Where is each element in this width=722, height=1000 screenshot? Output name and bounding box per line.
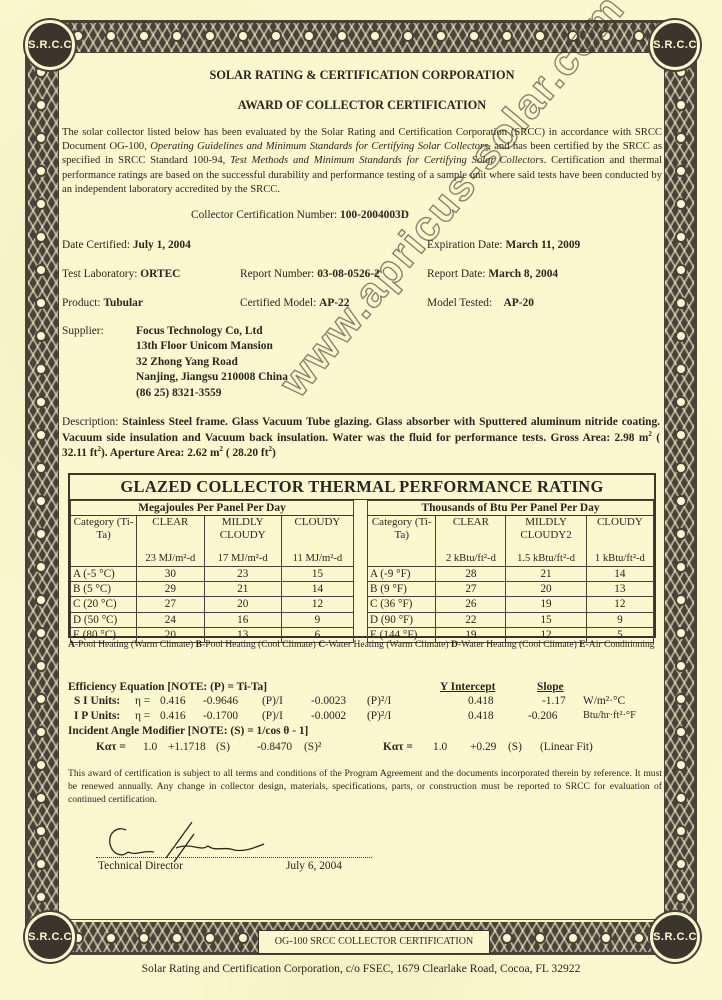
col-header: MILDLY CLOUDY21.5 kBtu/ft²-d <box>506 516 586 567</box>
category-cell: D (50 °C) <box>71 612 137 627</box>
field-label: Test Laboratory: <box>62 268 140 280</box>
field-value: AP-22 <box>319 297 349 309</box>
col-header: MILDLY CLOUDY17 MJ/m²-d <box>204 516 281 567</box>
iam-a: 1.0 <box>143 741 157 753</box>
cert-number: Collector Certification Number: 100-2004… <box>191 208 409 223</box>
legend-text: -Air Conditioning <box>586 639 655 650</box>
col-unit: 11 MJ/m²-d <box>282 552 353 565</box>
field-label: Certified Model: <box>240 297 319 309</box>
header-text: MILDLY CLOUDY <box>220 516 266 541</box>
category-cell: B (5 °C) <box>71 582 137 597</box>
rating-title: GLAZED COLLECTOR THERMAL PERFORMANCE RAT… <box>70 475 654 500</box>
cert-number-label: Collector Certification Number: <box>191 209 340 221</box>
date-certified: Date Certified: July 1, 2004 <box>62 238 191 253</box>
value-cell: 9 <box>586 612 653 627</box>
col-header: CLEAR23 MJ/m²-d <box>137 516 204 567</box>
value-cell: 29 <box>137 582 204 597</box>
slope-header: Slope <box>537 681 564 693</box>
description-part: ( 28.20 ft <box>223 447 269 459</box>
supplier-line: 32 Zhong Yang Road <box>136 355 288 370</box>
field-value: ORTEC <box>140 268 180 280</box>
srcc-seal-icon: S.R.C.C <box>650 912 700 962</box>
footer-address: Solar Rating and Certification Corporati… <box>0 962 722 975</box>
table-row: B (5 °C)292114 <box>71 582 354 597</box>
col-unit: 17 MJ/m²-d <box>205 552 281 565</box>
description-part: ). Aperture Area: 2.62 m <box>101 447 220 459</box>
field-value: 03-08-0526-2 <box>317 268 380 280</box>
value-cell: 15 <box>506 612 586 627</box>
category-cell: C (36 °F) <box>368 597 436 612</box>
eta-symbol: η = <box>135 710 150 722</box>
value-cell: 21 <box>506 567 586 582</box>
description-part: ) <box>272 447 276 459</box>
value-cell: 30 <box>137 567 204 582</box>
value-cell: 20 <box>204 597 281 612</box>
value-cell: 20 <box>506 582 586 597</box>
org-title: SOLAR RATING & CERTIFICATION CORPORATION <box>62 68 662 84</box>
iam-c-term: (S)² <box>304 741 321 753</box>
category-header: Category (Ti-Ta) <box>71 516 137 567</box>
value-cell: 27 <box>137 597 204 612</box>
category-cell: C (20 °C) <box>71 597 137 612</box>
header-text: CLEAR <box>453 516 489 528</box>
linear-fit: (Linear Fit) <box>540 741 593 753</box>
value-cell: 15 <box>281 567 353 582</box>
value-cell: 16 <box>204 612 281 627</box>
terms-paragraph: This award of certification is subject t… <box>68 767 662 806</box>
srcc-seal-icon: S.R.C.C <box>25 20 75 70</box>
term-b: (P)/I <box>262 695 283 707</box>
value-cell: 26 <box>436 597 506 612</box>
intro-italic-standard: Test Methods and Minimum Standards for C… <box>230 155 543 166</box>
seal-text: S.R.C.C <box>28 931 72 943</box>
certification-label: OG-100 SRCC COLLECTOR CERTIFICATION <box>258 930 490 954</box>
field-value: Tubular <box>103 297 142 309</box>
table-divider <box>353 499 368 636</box>
product: Product: Tubular <box>62 296 143 311</box>
intro-italic-og100: Operating Guidelines and Minimum Standar… <box>150 141 488 152</box>
report-date: Report Date: March 8, 2004 <box>427 267 558 282</box>
si-unit: W/m²·°C <box>583 695 625 707</box>
value-cell: 27 <box>436 582 506 597</box>
field-label: Report Number: <box>240 268 317 280</box>
term-b: (P)/I <box>262 710 283 722</box>
category-cell: B (9 °F) <box>368 582 436 597</box>
header-text: Category (Ti-Ta) <box>74 516 134 541</box>
seal-text: S.R.C.C <box>653 39 697 51</box>
field-value: July 1, 2004 <box>133 239 191 251</box>
description: Description: Stainless Steel frame. Glas… <box>62 415 660 462</box>
iam-a: 1.0 <box>433 741 447 753</box>
si-rating-table: Megajoules Per Panel Per Day Category (T… <box>70 500 354 643</box>
test-laboratory: Test Laboratory: ORTEC <box>62 267 180 282</box>
iam-b: +1.1718 <box>168 741 206 753</box>
y-intercept: 0.418 <box>468 695 494 707</box>
value-cell: 21 <box>204 582 281 597</box>
description-part: Stainless Steel frame. Glass Vacuum Tube… <box>62 416 660 444</box>
field-label: Model Tested: <box>427 297 504 309</box>
table-row: D (50 °C)24169 <box>71 612 354 627</box>
value-cell: 23 <box>204 567 281 582</box>
efficiency-title: Efficiency Equation [NOTE: (P) = Ti-Ta] <box>68 681 267 693</box>
report-number: Report Number: 03-08-0526-2 <box>240 267 380 282</box>
header-text: MILDLY CLOUDY2 <box>520 516 571 541</box>
supplier-line: (86 25) 8321-3559 <box>136 386 288 401</box>
coef-b: -0.1700 <box>203 710 238 722</box>
iam-b: +0.29 <box>470 741 496 753</box>
value-cell: 24 <box>137 612 204 627</box>
k-alpha-tau: Kατ = <box>96 741 126 753</box>
legend-text: -Water Heating (Warm Climate) <box>325 639 451 650</box>
value-cell: 13 <box>586 582 653 597</box>
k-alpha-tau: Kατ = <box>383 741 413 753</box>
seal-text: S.R.C.C <box>28 39 72 51</box>
eta-symbol: η = <box>135 695 150 707</box>
supplier-label: Supplier: <box>62 325 104 337</box>
ip-rating-table: Thousands of Btu Per Panel Per Day Categ… <box>367 500 654 643</box>
field-value: March 8, 2004 <box>488 268 558 280</box>
value-cell: 28 <box>436 567 506 582</box>
y-intercept: 0.418 <box>468 710 494 722</box>
table-row: A (-5 °C)302315 <box>71 567 354 582</box>
iam-c: -0.8470 <box>257 741 292 753</box>
ip-unit-title: Thousands of Btu Per Panel Per Day <box>368 501 654 516</box>
ip-unit: Btu/hr·ft²·°F <box>583 710 636 721</box>
table-row: A (-9 °F)282114 <box>368 567 654 582</box>
field-label: Date Certified: <box>62 239 133 251</box>
iam-b-term: (S) <box>216 741 230 753</box>
slope: -0.206 <box>528 710 557 722</box>
description-text: Stainless Steel frame. Glass Vacuum Tube… <box>62 416 660 459</box>
header-text: CLOUDY <box>597 516 643 528</box>
header-text: CLEAR <box>152 516 188 528</box>
model-tested: Model Tested: AP-20 <box>427 296 534 311</box>
col-unit: 1.5 kBtu/ft²-d <box>506 552 585 565</box>
legend-text: -Pool Heating (Warm Climate) <box>75 639 196 650</box>
term-c: (P)²/I <box>367 695 391 707</box>
signature-date: July 6, 2004 <box>286 860 342 872</box>
legend-text: -Water Heating (Cool Climate) <box>458 639 579 650</box>
field-label: Expiration Date: <box>427 239 505 251</box>
category-legend: A-Pool Heating (Warm Climate) B-Pool Hea… <box>68 639 665 651</box>
field-value: AP-20 <box>504 297 534 309</box>
si-unit-title: Megajoules Per Panel Per Day <box>71 501 354 516</box>
signature-title: Technical Director <box>98 860 183 872</box>
signature-line <box>96 857 372 858</box>
category-cell: D (90 °F) <box>368 612 436 627</box>
expiration-date: Expiration Date: March 11, 2009 <box>427 238 580 253</box>
col-unit: 1 kBtu/ft²-d <box>587 552 653 565</box>
field-value: March 11, 2009 <box>505 239 580 251</box>
supplier-address: Focus Technology Co, Ltd 13th Floor Unic… <box>136 324 288 401</box>
slope: -1.17 <box>542 695 566 707</box>
value-cell: 19 <box>506 597 586 612</box>
y-intercept-header: Y Intercept <box>440 681 495 693</box>
table-row: C (36 °F)261912 <box>368 597 654 612</box>
supplier-line: Focus Technology Co, Ltd <box>136 324 288 339</box>
seal-text: S.R.C.C <box>653 931 697 943</box>
table-row: D (90 °F)22159 <box>368 612 654 627</box>
field-label: Product: <box>62 297 103 309</box>
value-cell: 12 <box>586 597 653 612</box>
field-label: Report Date: <box>427 268 488 280</box>
cert-number-value: 100-2004003D <box>340 209 409 221</box>
coef-a: 0.416 <box>160 710 186 722</box>
intro-paragraph: The solar collector listed below has bee… <box>62 126 662 197</box>
coef-b: -0.9646 <box>203 695 238 707</box>
legend-key: A <box>68 639 75 650</box>
col-unit: 23 MJ/m²-d <box>137 552 203 565</box>
category-header: Category (Ti-Ta) <box>368 516 436 567</box>
category-cell: A (-9 °F) <box>368 567 436 582</box>
legend-key: D <box>451 639 458 650</box>
col-header: CLOUDY1 kBtu/ft²-d <box>586 516 653 567</box>
srcc-seal-icon: S.R.C.C <box>25 912 75 962</box>
coef-c: -0.0023 <box>311 695 346 707</box>
ip-units-label: I P Units: <box>74 710 120 722</box>
iam-b-term: (S) <box>508 741 522 753</box>
table-row: C (20 °C)272012 <box>71 597 354 612</box>
col-unit: 2 kBtu/ft²-d <box>436 552 505 565</box>
header-text: Category (Ti-Ta) <box>372 516 432 541</box>
coef-c: -0.0002 <box>311 710 346 722</box>
col-header: CLEAR2 kBtu/ft²-d <box>436 516 506 567</box>
table-row: B (9 °F)272013 <box>368 582 654 597</box>
certified-model: Certified Model: AP-22 <box>240 296 349 311</box>
header-text: CLOUDY <box>295 516 341 528</box>
award-title: AWARD OF COLLECTOR CERTIFICATION <box>62 98 662 114</box>
supplier-block: Supplier: Focus Technology Co, Ltd 13th … <box>62 324 104 339</box>
si-units-label: S I Units: <box>74 695 120 707</box>
srcc-seal-icon: S.R.C.C <box>650 20 700 70</box>
value-cell: 12 <box>281 597 353 612</box>
value-cell: 22 <box>436 612 506 627</box>
value-cell: 14 <box>281 582 353 597</box>
description-label: Description: <box>62 416 122 428</box>
category-cell: A (-5 °C) <box>71 567 137 582</box>
iam-title: Incident Angle Modifier [NOTE: (S) = 1/c… <box>68 725 308 737</box>
supplier-line: Nanjing, Jiangsu 210008 China <box>136 370 288 385</box>
supplier-line: 13th Floor Unicom Mansion <box>136 339 288 354</box>
col-header: CLOUDY11 MJ/m²-d <box>281 516 353 567</box>
performance-rating-table: GLAZED COLLECTOR THERMAL PERFORMANCE RAT… <box>68 473 656 638</box>
value-cell: 9 <box>281 612 353 627</box>
value-cell: 14 <box>586 567 653 582</box>
coef-a: 0.416 <box>160 695 186 707</box>
legend-text: -Pool Heating (Cool Climate) <box>202 639 318 650</box>
term-c: (P)²/I <box>367 710 391 722</box>
